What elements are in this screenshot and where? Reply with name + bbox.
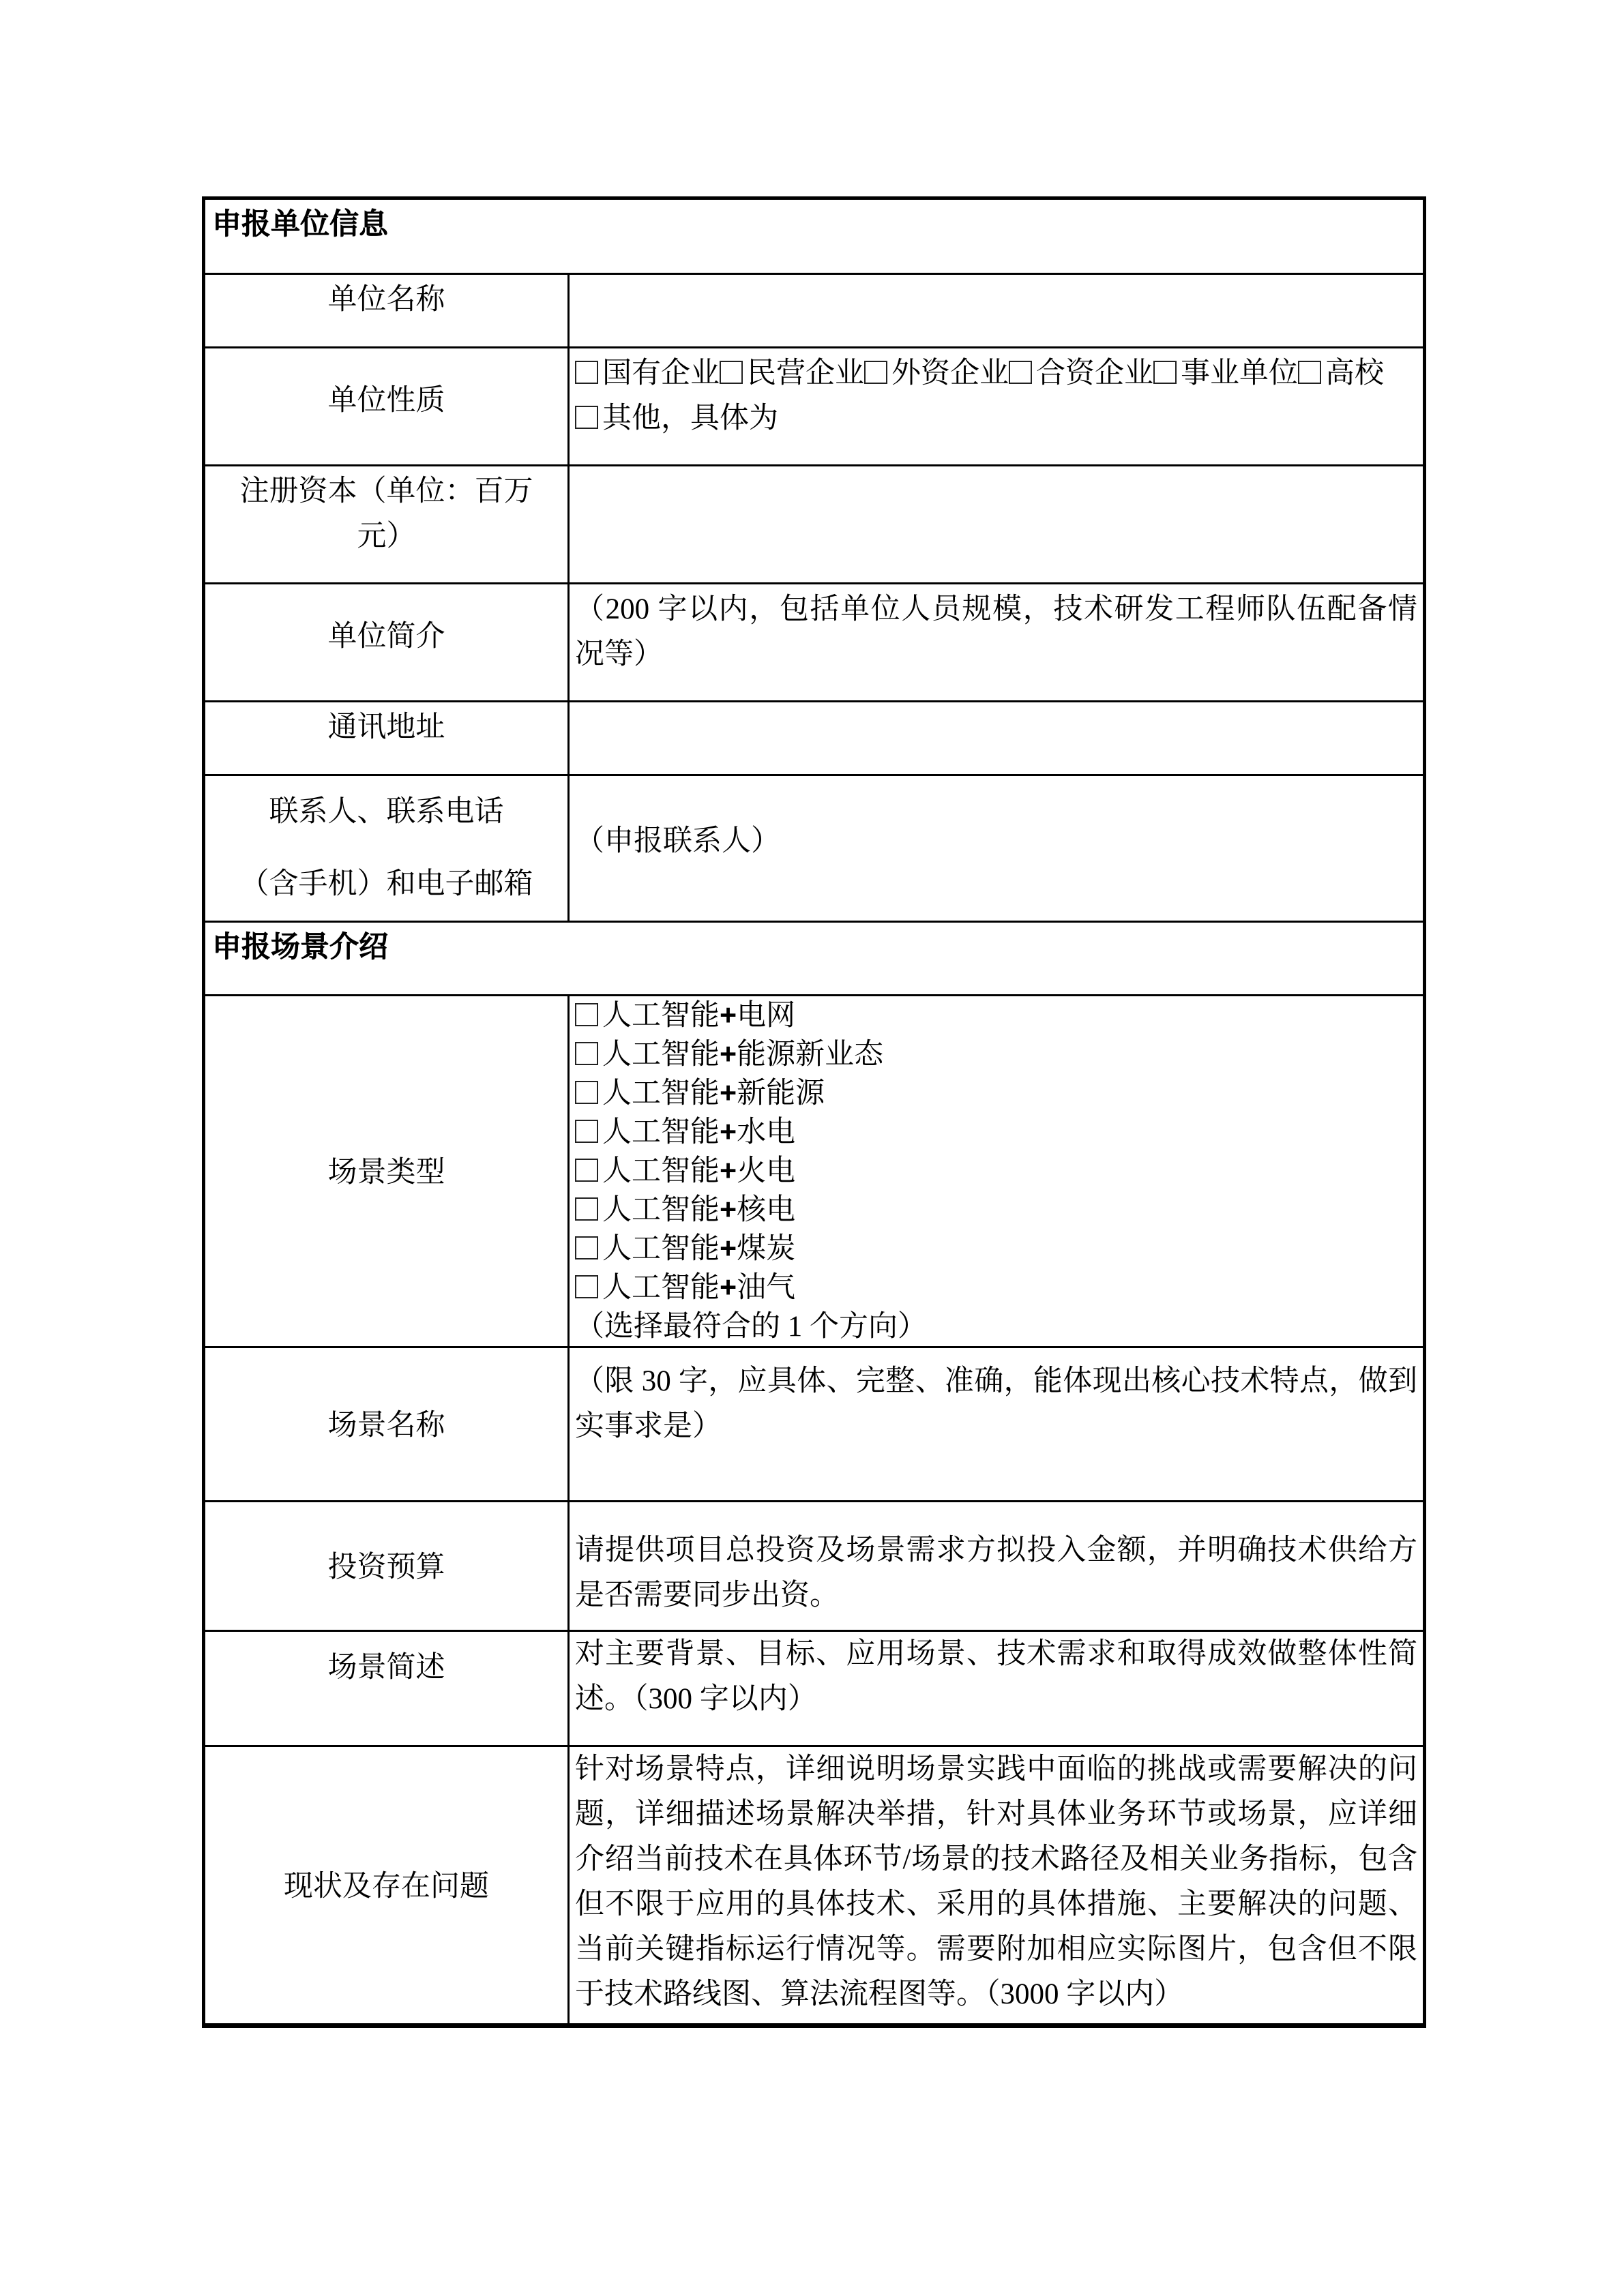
checkbox-option-new-energy[interactable]: 人工智能+新能源 [575,1074,1417,1113]
checkbox-option[interactable]: 其他，具体为 [575,402,778,434]
field-label-contact: 联系人、联系电话 （含手机）和电子邮箱 [204,775,569,922]
field-value-unit-intro[interactable]: （200 字以内，包括单位人员规模，技术研发工程师队伍配备情况等） [569,584,1425,702]
table-row: 场景简述 对主要背景、目标、应用场景、技术需求和取得成效做整体性简述。（300 … [204,1631,1425,1746]
checkbox-option-nuclear-power[interactable]: 人工智能+核电 [575,1191,1417,1229]
field-label-status-and-issues: 现状及存在问题 [204,1746,569,2026]
label-line: 元） [215,514,558,559]
checkbox-icon[interactable] [720,361,743,384]
table-row: 通讯地址 [204,702,1425,775]
label-line: 注册资本（单位：百万 [215,469,558,514]
label-line: 联系人、联系电话 [215,776,558,848]
field-value-unit-nature: 国有企业民营企业外资企业合资企业事业单位高校其他，具体为 [569,348,1425,466]
field-label-investment-budget: 投资预算 [204,1502,569,1631]
field-label-scenario-type: 场景类型 [204,996,569,1347]
field-value-status-and-issues[interactable]: 针对场景特点，详细说明场景实践中面临的挑战或需要解决的问题，详细描述场景解决举措… [569,1746,1425,2026]
field-label-unit-name: 单位名称 [204,274,569,348]
field-label-address: 通讯地址 [204,702,569,775]
checkbox-icon[interactable] [575,361,598,384]
application-form-table: 申报单位信息 单位名称 单位性质 国有企业民营企业外资企业合资企业事业单位高校其… [202,196,1426,2028]
field-value-investment-budget[interactable]: 请提供项目总投资及场景需求方拟投入金额，并明确技术供给方是否需要同步出资。 [569,1502,1425,1631]
field-value-registered-capital[interactable] [569,466,1425,584]
field-label-scenario-name: 场景名称 [204,1347,569,1502]
table-row: 现状及存在问题 针对场景特点，详细说明场景实践中面临的挑战或需要解决的问题，详细… [204,1746,1425,2026]
checkbox-icon[interactable] [575,1003,598,1026]
checkbox-icon[interactable] [575,1236,598,1259]
field-label-scenario-summary: 场景简述 [204,1631,569,1746]
checkbox-option[interactable]: 国有企业 [575,357,720,389]
checkbox-icon[interactable] [575,1197,598,1221]
checkbox-option-thermal-power[interactable]: 人工智能+火电 [575,1152,1417,1191]
checkbox-icon[interactable] [1153,361,1177,384]
checkbox-icon[interactable] [1298,361,1321,384]
checkbox-option[interactable]: 事业单位 [1153,357,1298,389]
field-label-unit-nature: 单位性质 [204,348,569,466]
field-value-scenario-summary[interactable]: 对主要背景、目标、应用场景、技术需求和取得成效做整体性简述。（300 字以内） [569,1631,1425,1746]
checkbox-option-coal[interactable]: 人工智能+煤炭 [575,1229,1417,1268]
checkbox-icon[interactable] [1009,361,1032,384]
table-row: 场景名称 （限 30 字，应具体、完整、准确，能体现出核心技术特点，做到实事求是… [204,1347,1425,1502]
checkbox-option[interactable]: 合资企业 [1009,357,1153,389]
checkbox-icon[interactable] [575,406,598,429]
document-page: 申报单位信息 单位名称 单位性质 国有企业民营企业外资企业合资企业事业单位高校其… [0,0,1624,2296]
section-header-row: 申报场景介绍 [204,922,1425,996]
field-value-unit-name[interactable] [569,274,1425,348]
field-label-unit-intro: 单位简介 [204,584,569,702]
checkbox-icon[interactable] [575,1159,598,1182]
selection-note: （选择最符合的 1 个方向） [575,1307,1417,1346]
label-line: （含手机）和电子邮箱 [215,848,558,921]
checkbox-icon[interactable] [575,1275,598,1298]
section-title-applicant-info: 申报单位信息 [204,198,1425,274]
checkbox-option-grid[interactable]: 人工智能+电网 [575,996,1417,1035]
checkbox-option[interactable]: 民营企业 [720,357,864,389]
section-header-row: 申报单位信息 [204,198,1425,274]
checkbox-icon[interactable] [575,1081,598,1104]
checkbox-option[interactable]: 高校 [1298,357,1384,389]
checkbox-icon[interactable] [575,1042,598,1065]
table-row: 单位简介 （200 字以内，包括单位人员规模，技术研发工程师队伍配备情况等） [204,584,1425,702]
table-row: 单位名称 [204,274,1425,348]
checkbox-option[interactable]: 外资企业 [864,357,1009,389]
table-row: 注册资本（单位：百万 元） [204,466,1425,584]
checkbox-icon[interactable] [575,1120,598,1143]
field-label-registered-capital: 注册资本（单位：百万 元） [204,466,569,584]
checkbox-option-hydropower[interactable]: 人工智能+水电 [575,1113,1417,1152]
section-title-scenario-intro: 申报场景介绍 [204,922,1425,996]
field-value-address[interactable] [569,702,1425,775]
field-value-contact[interactable]: （申报联系人） [569,775,1425,922]
table-row: 投资预算 请提供项目总投资及场景需求方拟投入金额，并明确技术供给方是否需要同步出… [204,1502,1425,1631]
table-row: 单位性质 国有企业民营企业外资企业合资企业事业单位高校其他，具体为 [204,348,1425,466]
table-row: 联系人、联系电话 （含手机）和电子邮箱 （申报联系人） [204,775,1425,922]
table-row: 场景类型 人工智能+电网 人工智能+能源新业态 人工智能+新能源 人工智能+水电… [204,996,1425,1347]
checkbox-option-oil-gas[interactable]: 人工智能+油气 [575,1268,1417,1307]
field-value-scenario-type: 人工智能+电网 人工智能+能源新业态 人工智能+新能源 人工智能+水电 人工智能… [569,996,1425,1347]
checkbox-icon[interactable] [864,361,887,384]
field-value-scenario-name[interactable]: （限 30 字，应具体、完整、准确，能体现出核心技术特点，做到实事求是） [569,1347,1425,1502]
checkbox-option-new-energy-business[interactable]: 人工智能+能源新业态 [575,1035,1417,1074]
